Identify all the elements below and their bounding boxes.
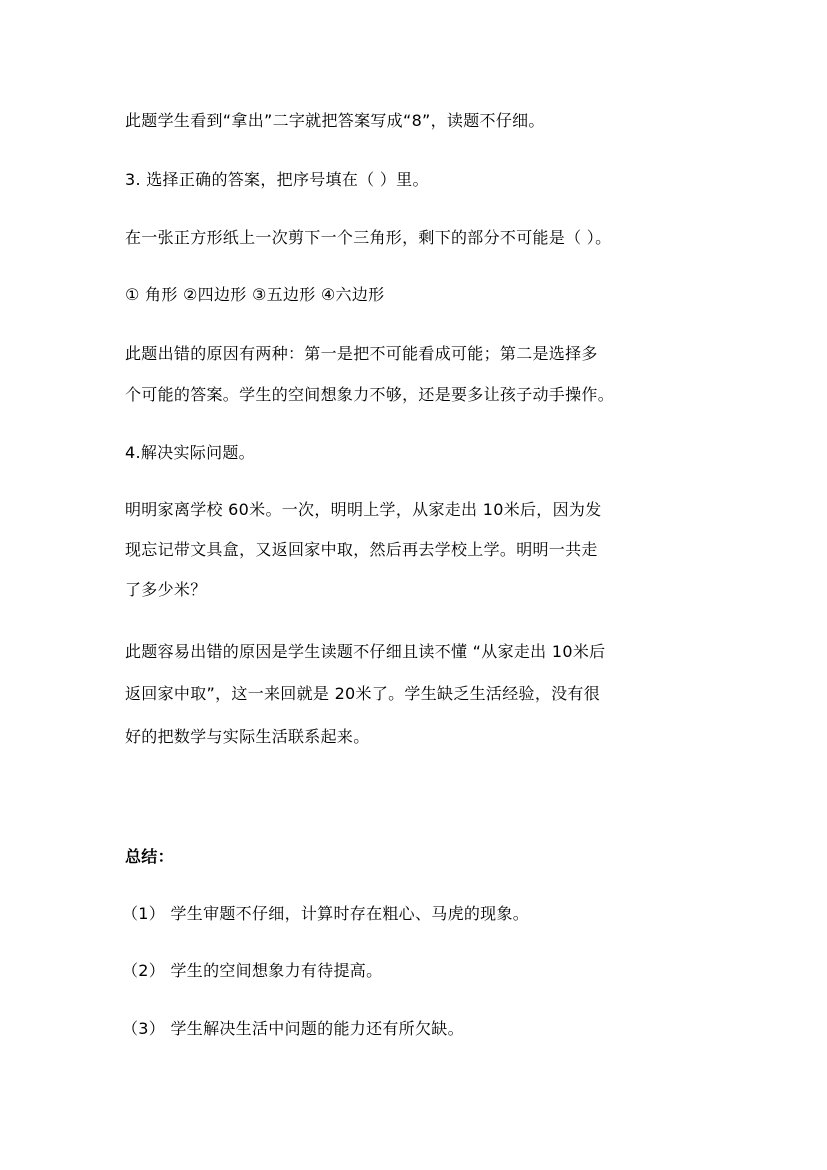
q3-heading: 3. 选择正确的答案，把序号填在（ ）里。 (125, 170, 429, 190)
q3-note-line: 此题出错的原因有两种：第一是把不可能看成可能；第二是选择多 (125, 344, 598, 364)
q2-note: 此题学生看到“拿出”二字就把答案写成“8”，读题不仔细。 (125, 111, 545, 131)
q4-question-line: 现忘记带文具盒，又返回家中取，然后再去学校上学。明明一共走 (125, 540, 598, 560)
summary-item: （2） 学生的空间想象力有待提高。 (122, 961, 382, 981)
summary-item: （1） 学生审题不仔细，计算时存在粗心、马虎的现象。 (122, 904, 529, 924)
summary-item: （3） 学生解决生活中问题的能力还有所欠缺。 (122, 1019, 464, 1039)
q3-question: 在一张正方形纸上一次剪下一个三角形，剩下的部分不可能是（ ）。 (125, 228, 611, 248)
q3-note-line: 个可能的答案。学生的空间想象力不够，还是要多让孩子动手操作。 (125, 385, 614, 405)
q4-heading: 4.解决实际问题。 (125, 443, 255, 463)
q4-question-line: 明明家离学校 60米。一次，明明上学，从家走出 10米后，因为发 (125, 500, 602, 520)
summary-title: 总结： (125, 847, 174, 867)
q4-note-line: 此题容易出错的原因是学生读题不仔细且读不懂 “从家走出 10米后 (125, 642, 605, 662)
q3-options: ① 角形 ②四边形 ③五边形 ④六边形 (125, 285, 384, 305)
q4-note-line: 返回家中取”，这一来回就是 20米了。学生缺乏生活经验，没有很 (125, 684, 600, 704)
q4-question-line: 了多少米？ (125, 580, 207, 600)
q4-note-line: 好的把数学与实际生活联系起来。 (125, 727, 370, 747)
